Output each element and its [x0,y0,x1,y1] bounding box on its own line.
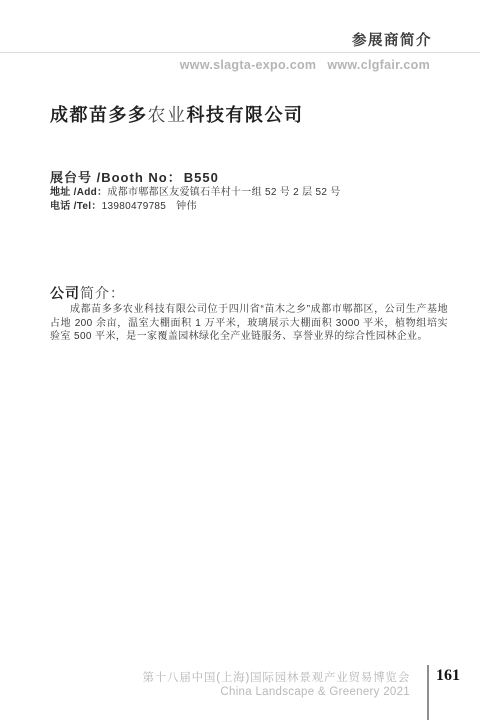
booth-label: 展台号 /Booth No： [50,170,182,185]
catalog-page: 参展商简介 www.slagta-expo.comwww.clgfair.com… [0,0,480,720]
company-name-part2: 农业 [148,105,187,125]
tel-value: 13980479785 [102,201,166,212]
booth-number-line: 展台号 /Booth No：B550 [50,167,219,186]
company-name: 成都苗多多农业科技有限公司 [50,101,304,127]
tel-label: 电话 /Tel： [50,201,102,212]
profile-heading-part2: 简介 [80,285,110,301]
contact-name: 钟伟 [176,201,197,212]
website-urls: www.slagta-expo.comwww.clgfair.com [180,58,430,72]
header-divider [0,52,480,53]
tel-line: 电话 /Tel：13980479785钟伟 [50,200,341,214]
contact-block: 地址 /Add：成都市郫都区友爱镇石羊村十一组 52 号 2 层 52 号 电话… [50,186,341,213]
profile-heading-part1: 公司 [50,285,80,301]
address-value: 成都市郫都区友爱镇石羊村十一组 52 号 2 层 52 号 [107,187,340,198]
url-clgfair: www.clgfair.com [327,58,430,72]
company-profile-text: 成都苗多多农业科技有限公司位于四川省“苗木之乡”成都市郫都区，公司生产基地占地 … [50,303,448,344]
footer-event-title-en: China Landscape & Greenery 2021 [220,686,410,698]
address-label: 地址 /Add： [50,187,107,198]
page-number: 161 [436,667,460,685]
address-line: 地址 /Add：成都市郫都区友爱镇石羊村十一组 52 号 2 层 52 号 [50,186,341,200]
company-profile-heading: 公司简介： [50,283,125,303]
company-name-part1: 成都苗多多 [50,105,148,125]
section-title: 参展商简介 [352,29,432,50]
footer-event-title-cn: 第十八届中国(上海)国际园林景观产业贸易博览会 [142,669,410,685]
company-name-part3: 科技有限公司 [187,105,304,125]
booth-number: B550 [184,170,219,185]
profile-heading-colon: ： [110,285,125,301]
url-slagta-expo: www.slagta-expo.com [180,58,317,72]
page-number-divider [427,665,429,720]
